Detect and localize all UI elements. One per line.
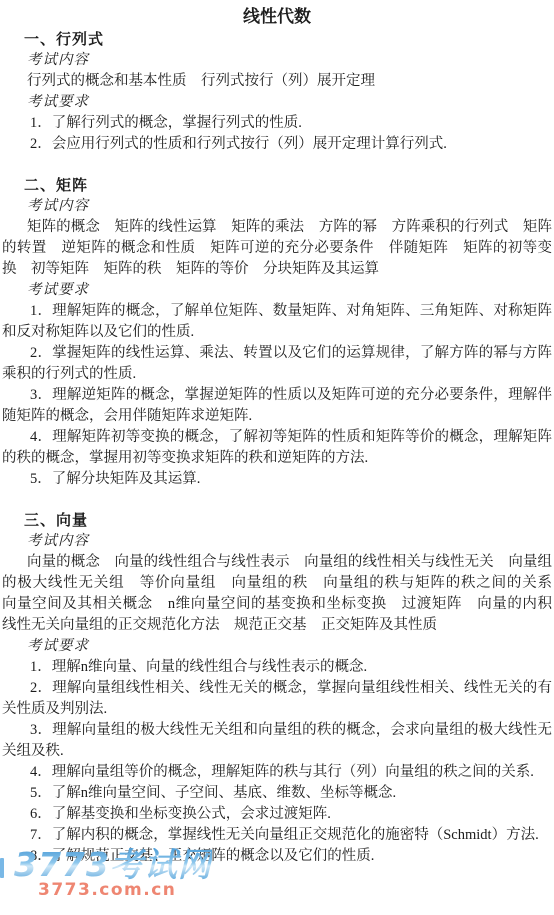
syllabus-section: 三、向量 考试内容 向量的概念 向量的线性组合与线性表示 向量组的线性相关与线性… [2, 510, 552, 867]
document-body: 一、行列式 考试内容 行列式的概念和基本性质 行列式按行（列）展开定理 考试要求… [2, 29, 552, 867]
requirement-item: 1．理解矩阵的概念，了解单位矩阵、数量矩阵、对角矩阵、三角矩阵、对称矩阵和反对称… [2, 301, 552, 343]
document-page: 线性代数 一、行列式 考试内容 行列式的概念和基本性质 行列式按行（列）展开定理… [0, 0, 554, 867]
requirement-item: 1．理解n维向量、向量的线性组合与线性表示的概念. [2, 657, 552, 678]
requirement-item: 2．会应用行列式的性质和行列式按行（列）展开定理计算行列式. [2, 134, 552, 155]
exam-content-text: 行列式的概念和基本性质 行列式按行（列）展开定理 [2, 71, 552, 92]
requirement-item: 5．了解分块矩阵及其运算. [2, 469, 552, 490]
watermark-edge-fragment [0, 858, 4, 878]
requirement-item: 2．理解向量组线性相关、线性无关的概念，掌握向量组线性相关、线性无关的有关性质及… [2, 678, 552, 720]
exam-content-label: 考试内容 [2, 531, 552, 552]
site-watermark: 3773考试网 3773.com.cn [14, 848, 212, 899]
exam-content-text: 向量的概念 向量的线性组合与线性表示 向量组的线性相关与线性无关 向量组的极大线… [2, 552, 552, 636]
section-heading: 三、向量 [2, 510, 552, 531]
exam-content-label: 考试内容 [2, 196, 552, 217]
syllabus-section: 一、行列式 考试内容 行列式的概念和基本性质 行列式按行（列）展开定理 考试要求… [2, 29, 552, 155]
requirement-item: 2．掌握矩阵的线性运算、乘法、转置以及它们的运算规律，了解方阵的幂与方阵乘积的行… [2, 343, 552, 385]
requirements-list: 1．理解n维向量、向量的线性组合与线性表示的概念.2．理解向量组线性相关、线性无… [2, 657, 552, 867]
site-logo: 3773考试网 [14, 848, 212, 881]
exam-content-label: 考试内容 [2, 50, 552, 71]
requirement-item: 4．理解向量组等价的概念，理解矩阵的秩与其行（列）向量组的秩之间的关系. [2, 762, 552, 783]
exam-content-text: 矩阵的概念 矩阵的线性运算 矩阵的乘法 方阵的幂 方阵乘积的行列式 矩阵的转置 … [2, 217, 552, 280]
requirement-item: 6．了解基变换和坐标变换公式，会求过渡矩阵. [2, 804, 552, 825]
requirement-item: 5．了解n维向量空间、子空间、基底、维数、坐标等概念. [2, 783, 552, 804]
requirement-item: 1．了解行列式的概念，掌握行列式的性质. [2, 113, 552, 134]
requirement-item: 3．理解向量组的极大线性无关组和向量组的秩的概念，会求向量组的极大线性无关组及秩… [2, 720, 552, 762]
section-heading: 二、矩阵 [2, 175, 552, 196]
requirements-list: 1．了解行列式的概念，掌握行列式的性质.2．会应用行列式的性质和行列式按行（列）… [2, 113, 552, 155]
page-title: 线性代数 [2, 5, 552, 28]
requirements-list: 1．理解矩阵的概念，了解单位矩阵、数量矩阵、对角矩阵、三角矩阵、对称矩阵和反对称… [2, 301, 552, 490]
exam-requirements-label: 考试要求 [2, 636, 552, 657]
requirement-item: 4．理解矩阵初等变换的概念，了解初等矩阵的性质和矩阵等价的概念，理解矩阵的秩的概… [2, 427, 552, 469]
section-heading: 一、行列式 [2, 29, 552, 50]
requirement-item: 3．理解逆矩阵的概念，掌握逆矩阵的性质以及矩阵可逆的充分必要条件，理解伴随矩阵的… [2, 385, 552, 427]
exam-requirements-label: 考试要求 [2, 92, 552, 113]
syllabus-section: 二、矩阵 考试内容 矩阵的概念 矩阵的线性运算 矩阵的乘法 方阵的幂 方阵乘积的… [2, 175, 552, 490]
exam-requirements-label: 考试要求 [2, 280, 552, 301]
requirement-item: 7．了解内积的概念，掌握线性无关向量组正交规范化的施密特（Schmidt）方法. [2, 825, 552, 846]
